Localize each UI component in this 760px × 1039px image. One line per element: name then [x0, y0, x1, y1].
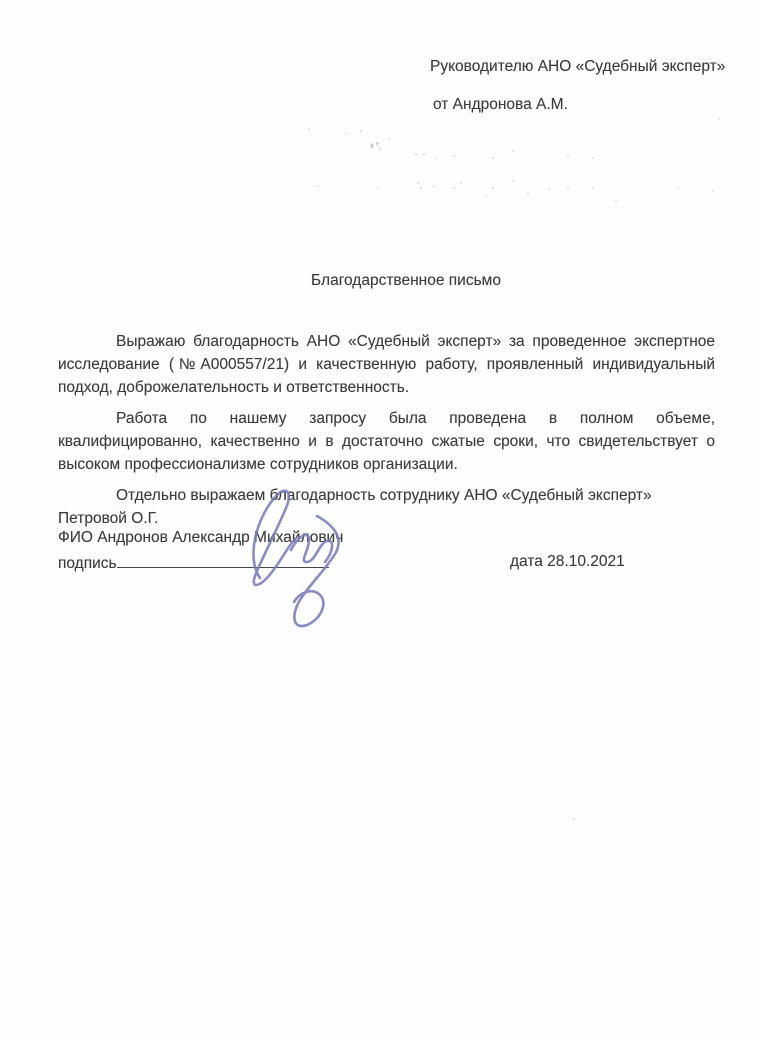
paragraph-work-quality: Работа по нашему запросу была проведена … [58, 407, 715, 476]
scan-noise-specks [0, 0, 2, 2]
paragraph-gratitude: Выражаю благодарность АНО «Судебный эксп… [58, 330, 715, 399]
scanned-letter-page: Руководителю АНО «Судебный эксперт» от А… [0, 0, 760, 1039]
date-line: дата 28.10.2021 [510, 553, 625, 571]
signature-label: подпись [58, 555, 117, 572]
recipient-line: Руководителю АНО «Судебный эксперт» [430, 58, 725, 76]
scan-noise-smudge [368, 138, 384, 154]
handwritten-signature [230, 486, 352, 636]
document-title: Благодарственное письмо [0, 272, 760, 290]
paragraph-employee-thanks: Отдельно выражаем благодарность сотрудни… [58, 484, 715, 530]
letter-body: Выражаю благодарность АНО «Судебный эксп… [58, 330, 715, 538]
sender-line: от Андронова А.М. [433, 96, 568, 114]
